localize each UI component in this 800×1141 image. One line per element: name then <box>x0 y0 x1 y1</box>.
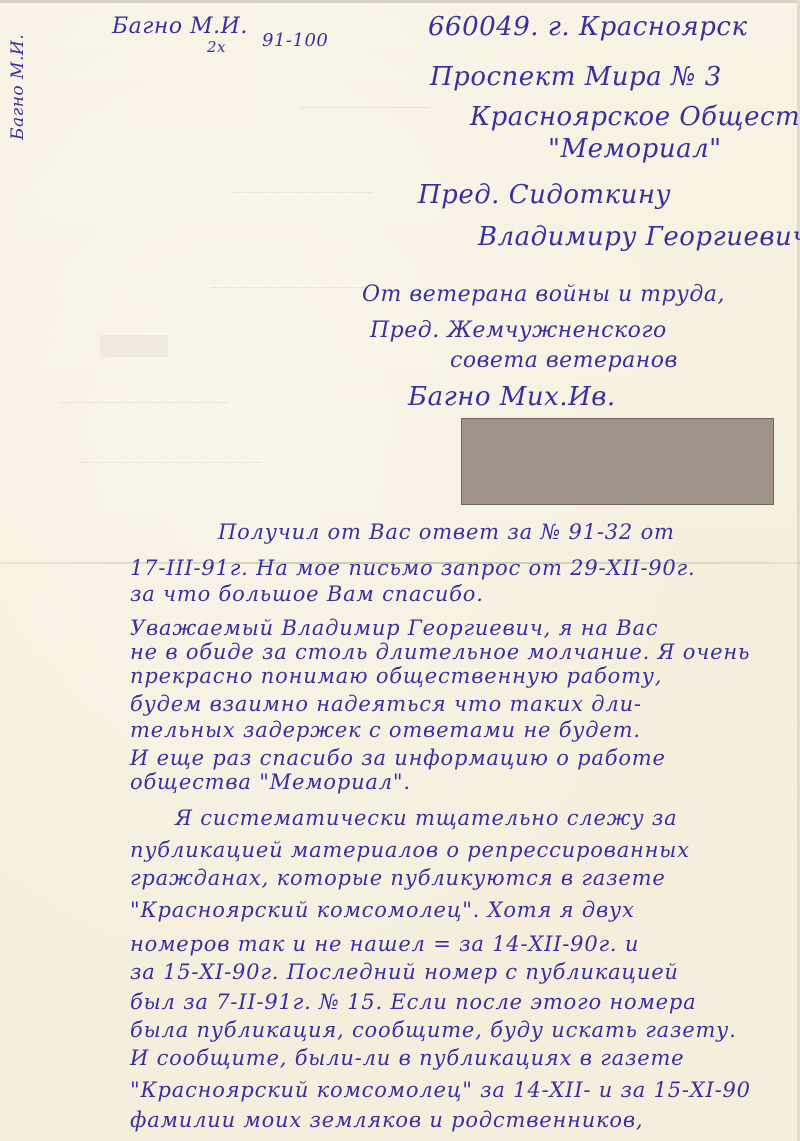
body-line: номеров так и не нашел = за 14-XII-90г. … <box>130 932 639 956</box>
body-line: 17-III-91г. На мое письмо запрос от 29-X… <box>130 556 695 580</box>
body-line: была публикация, сообщите, буду искать г… <box>130 1018 737 1042</box>
address-line-5: Пред. Сидоткину <box>418 180 671 210</box>
sender-signature-name: Багно Мих.Ив. <box>408 382 616 412</box>
sender-line-3: совета ветеранов <box>450 348 678 373</box>
body-line: не в обиде за столь длительное молчание.… <box>130 640 750 664</box>
body-line: будем взаимно надеяться что таких дли- <box>130 692 642 716</box>
bleed-through-text: —————————— <box>300 100 430 115</box>
vertical-margin-label: Багно М.И. <box>8 34 28 140</box>
body-line: был за 7-II-91г. № 15. Если после этого … <box>130 990 696 1014</box>
bleed-through-text: ———————————— <box>210 280 366 295</box>
archive-sub-label: 2х <box>207 38 226 56</box>
redacted-block <box>461 418 774 505</box>
address-line-6: Владимиру Георгиевичу. <box>478 222 800 252</box>
body-line: публикацией материалов о репрессированны… <box>130 838 690 862</box>
sender-line-1: От ветерана войны и труда, <box>362 282 725 307</box>
paper-top-edge <box>0 0 800 3</box>
body-line: Уважаемый Владимир Георгиевич, я на Вас <box>130 616 658 640</box>
bleed-through-text: ——————————— <box>230 185 373 200</box>
bleed-through-text: —————————————— <box>80 455 262 470</box>
body-line: гражданах, которые публикуются в газете <box>130 866 666 890</box>
bleed-through-text: ————————————— <box>60 395 229 410</box>
address-line-2: Проспект Мира № 3 <box>430 62 722 92</box>
paper-stain <box>100 335 168 357</box>
body-line: тельных задержек с ответами не будет. <box>130 718 641 742</box>
body-line: "Красноярский комсомолец". Хотя я двух <box>130 898 635 922</box>
archive-label: Багно М.И. <box>112 14 248 39</box>
body-line: И сообщите, были-ли в публикациях в газе… <box>130 1046 684 1070</box>
body-line: за что большое Вам спасибо. <box>130 582 484 606</box>
archive-range: 91-100 <box>262 30 328 51</box>
letter-page: —————————— ——————————— ———————————— ————… <box>0 0 800 1141</box>
body-line: "Красноярский комсомолец" за 14-XII- и з… <box>130 1078 751 1102</box>
address-line-4: "Мемориал" <box>548 134 722 164</box>
sender-line-2: Пред. Жемчужненского <box>370 318 667 343</box>
address-line-3: Красноярское Общество <box>470 102 800 132</box>
body-line: Я систематически тщательно слежу за <box>175 806 677 830</box>
body-line: Получил от Вас ответ за № 91-32 от <box>218 520 675 544</box>
body-line: за 15-XI-90г. Последний номер с публикац… <box>130 960 679 984</box>
address-line-1: 660049. г. Красноярск <box>428 12 748 42</box>
body-line: И еще раз спасибо за информацию о работе <box>130 746 666 770</box>
body-line: прекрасно понимаю общественную работу, <box>130 664 662 688</box>
body-line: фамилии моих земляков и родственников, <box>130 1108 643 1132</box>
body-line: общества "Мемориал". <box>130 770 411 794</box>
